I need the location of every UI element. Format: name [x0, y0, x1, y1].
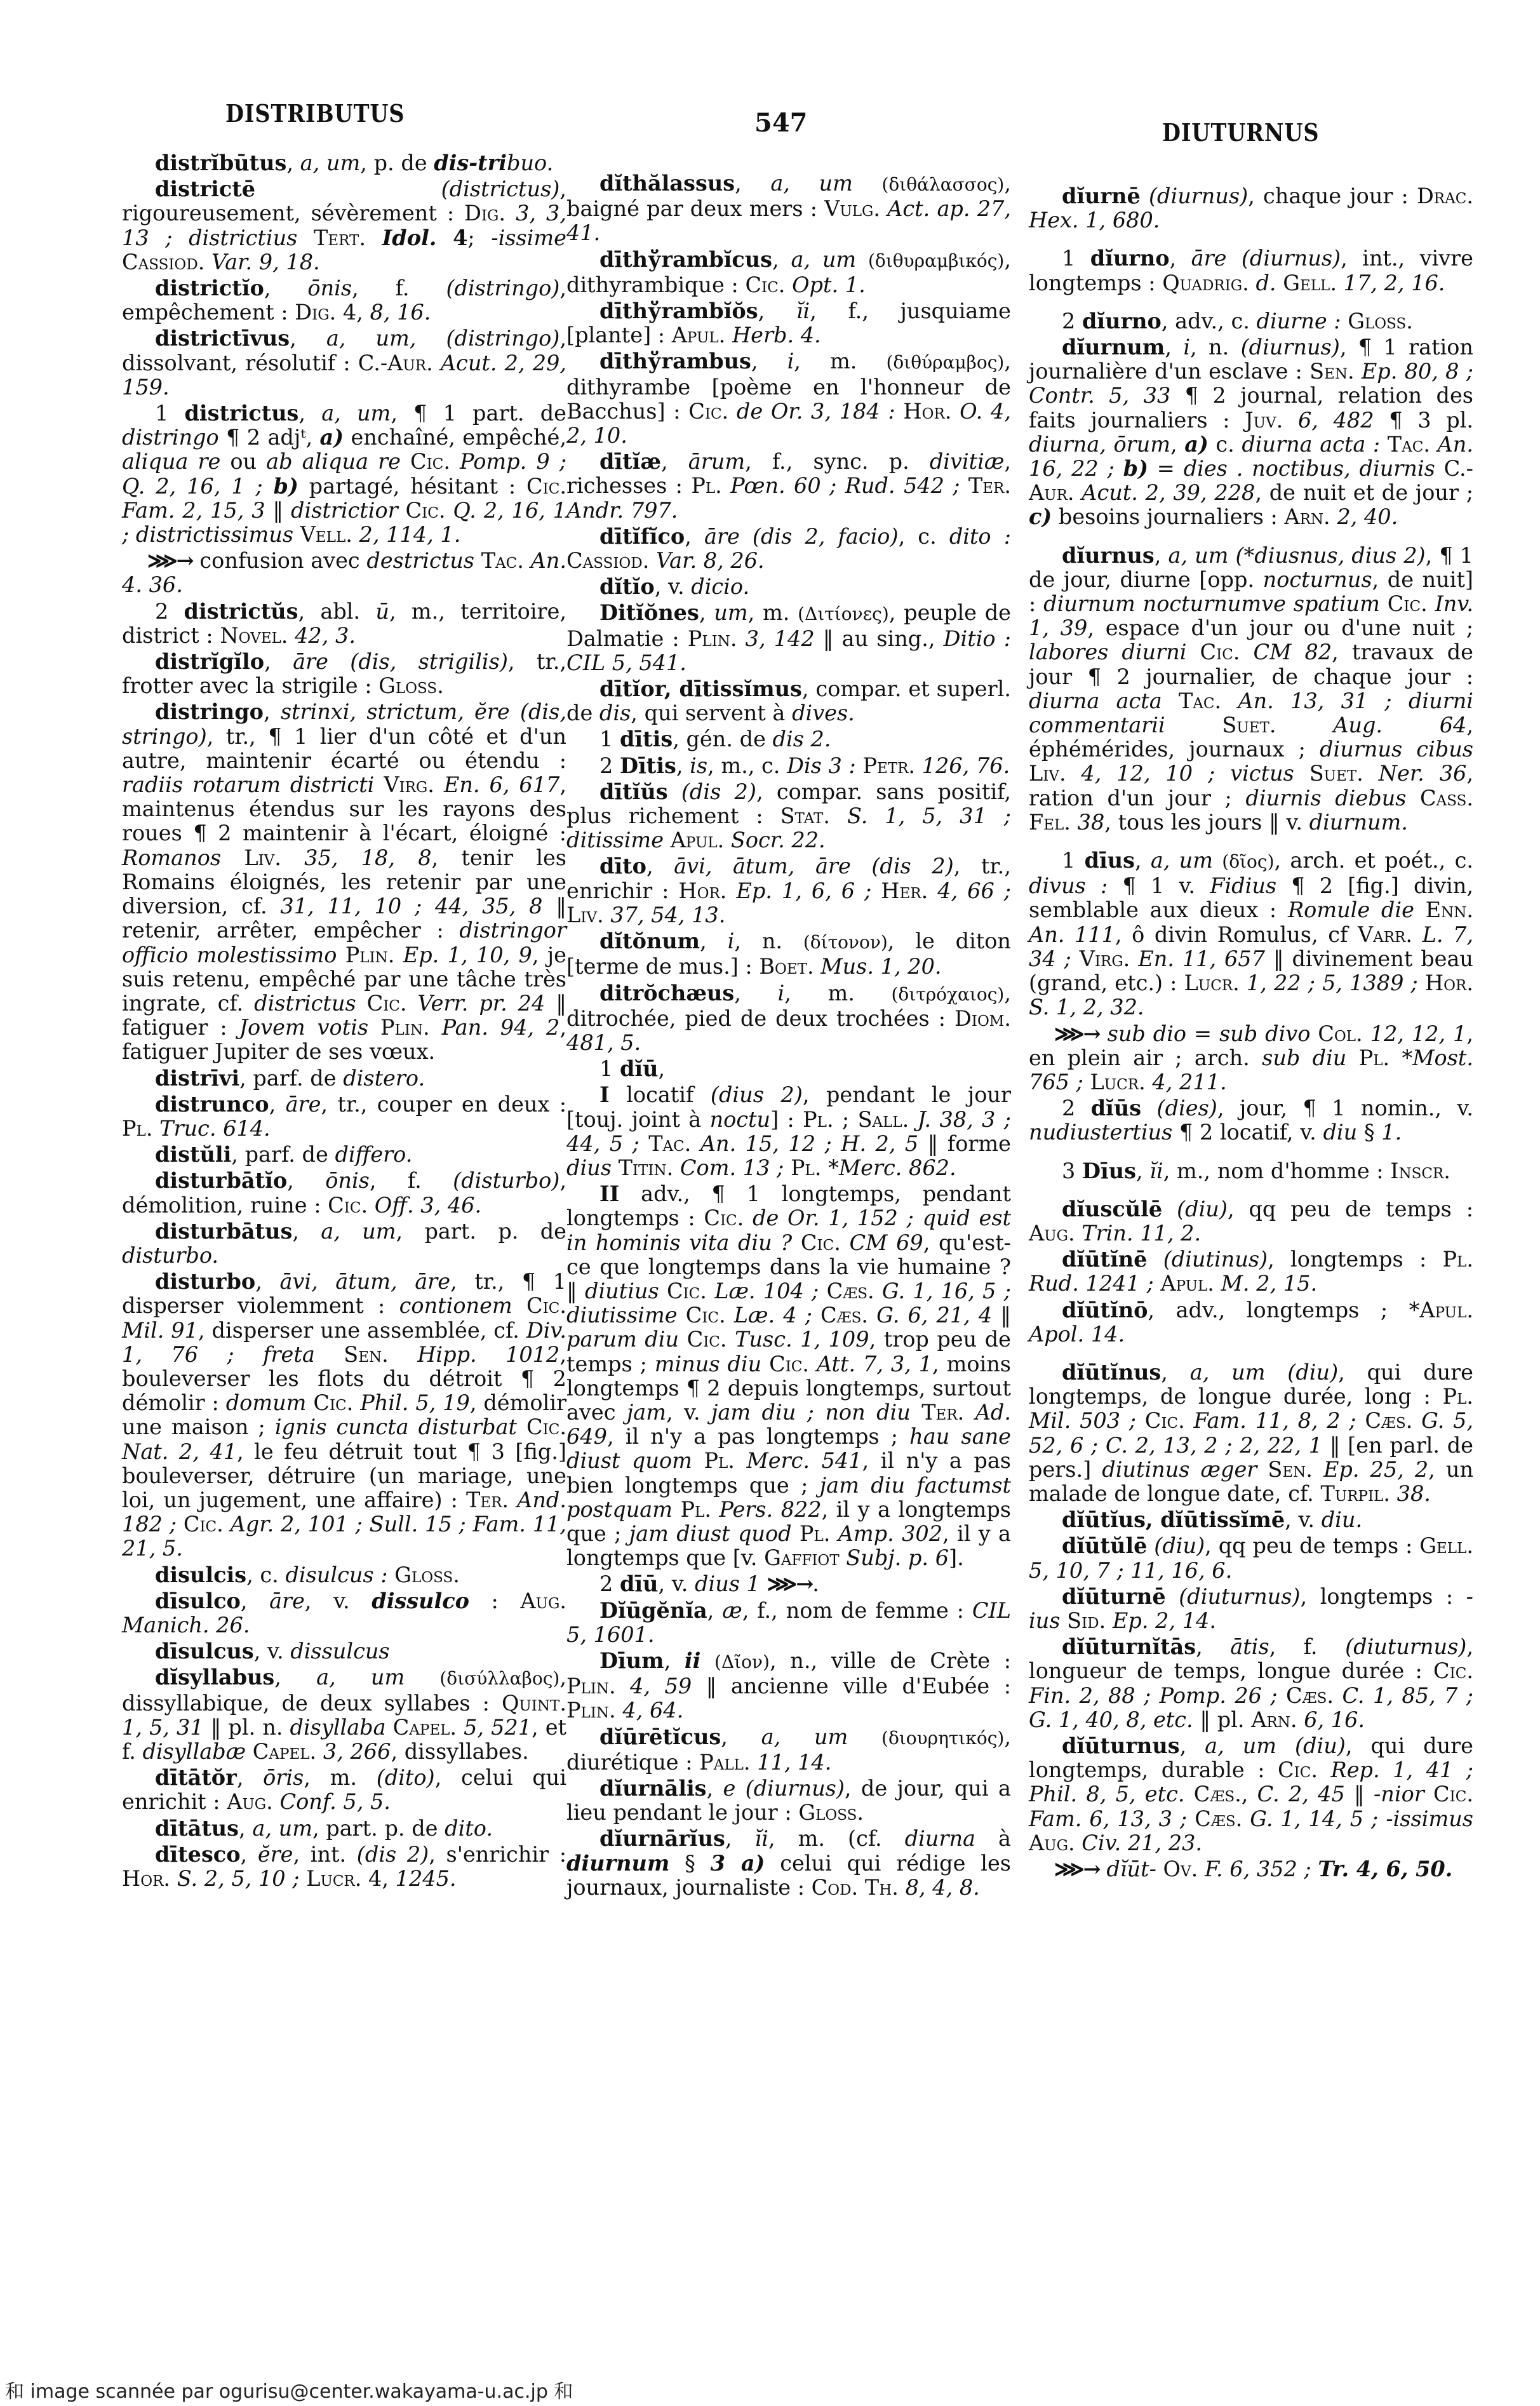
text: [1130, 946, 1138, 971]
headword: distringo: [155, 699, 264, 724]
text: [1257, 1457, 1268, 1482]
italic-text: 1, 22 ; 5, 1389 ;: [1247, 971, 1418, 995]
italic-text: dies . noctibus, diurnis: [1184, 456, 1435, 481]
text: [1066, 761, 1081, 786]
text: [792, 1230, 801, 1255]
greek-etymon: (Διτίονες): [798, 603, 889, 624]
text: [678, 1303, 686, 1327]
author-abbrev: Dig.: [464, 201, 506, 225]
headword: Dīus: [1082, 1159, 1136, 1183]
text: [430, 1015, 442, 1040]
text: [691, 1131, 700, 1156]
text: , s'enrichir :: [429, 1842, 566, 1867]
italic-text: um: [714, 600, 747, 625]
text: [353, 1390, 360, 1415]
italic-text: ārum: [688, 449, 745, 474]
text: ,: [772, 247, 791, 272]
italic-text: ōnis: [325, 1168, 370, 1193]
dictionary-entry: II adv., ¶ 1 longtemps, pendant longtemp…: [566, 1182, 1011, 1570]
italic-text: Apol. 14.: [1029, 1322, 1125, 1347]
text: [1075, 480, 1082, 505]
dictionary-entry: ⋙→ confusion avec destrictus Tac. An. 4.…: [122, 549, 566, 597]
dictionary-entry: dīthўrambĭcus, a, um (διθυραμβικός), dit…: [566, 248, 1011, 297]
italic-text: Rud. 1241 ;: [1029, 1271, 1154, 1296]
dictionary-entry: dītĭŭs (dis 2), compar. sans positif, pl…: [566, 780, 1011, 853]
headword: districtus: [184, 401, 298, 426]
text: ,: [287, 1168, 325, 1193]
text: [1278, 1683, 1286, 1708]
italic-text: (dito): [377, 1765, 435, 1790]
text: , dissyllabes.: [391, 1739, 528, 1764]
italic-text: 1.: [1381, 1120, 1402, 1145]
dictionary-entry: Ditĭŏnes, um, m. (Διτίονες), peuple de D…: [566, 601, 1011, 675]
text: [659, 1279, 667, 1303]
italic-text: (diuturnus): [1179, 1584, 1300, 1609]
text: [1276, 271, 1283, 295]
text: [1100, 1021, 1108, 1046]
author-abbrev: Cassiod.: [122, 250, 204, 274]
headword: dītātus: [155, 1816, 239, 1841]
text: , m. (cf.: [768, 1826, 905, 1851]
author-abbrev: Titin.: [619, 1155, 674, 1180]
text: , f.: [1269, 1634, 1345, 1659]
headword: dĭtŏnum: [599, 929, 700, 953]
author-abbrev: Plin.: [566, 1674, 616, 1698]
text: [616, 1674, 630, 1698]
text: [1356, 1408, 1365, 1433]
author-abbrev: Cic.: [184, 1512, 224, 1536]
text: [517, 1415, 526, 1439]
italic-text: 4, 59: [630, 1674, 692, 1698]
text: [1363, 1021, 1370, 1046]
italic-text: Ep. 2, 14.: [1113, 1608, 1216, 1633]
author-abbrev: Pl.: [122, 1116, 152, 1141]
text: [316, 1739, 323, 1764]
italic-text: dĭūt-: [1106, 1857, 1156, 1881]
headword: dĭūtĭus, dĭūtissĭmē: [1062, 1507, 1285, 1532]
dictionary-entry: 1 dĭū,: [566, 1057, 1011, 1081]
dictionary-entry: distrunco, āre, tr., couper en deux : Pl…: [122, 1092, 566, 1141]
headword: dĭūtĭnē: [1062, 1247, 1147, 1272]
text: , adv., c.: [1162, 309, 1257, 333]
dictionary-entry: dītĭæ, ārum, f., sync. p. divitiæ, riche…: [566, 450, 1011, 523]
text: [386, 1715, 393, 1740]
text: [1147, 1247, 1163, 1272]
italic-text: a, um: [791, 247, 856, 272]
author-abbrev: Cic.: [769, 1352, 809, 1376]
dictionary-entry: dĭurnārĭus, ĭi, m. (cf. diurna à diurnum…: [566, 1827, 1011, 1900]
italic-text: a, um: [770, 171, 853, 196]
page-header: DISTRIBUTUS 547 DIUTURNUS: [0, 94, 1540, 145]
text: ,: [292, 1219, 321, 1244]
text: [735, 1448, 747, 1473]
italic-text: diurne :: [1257, 309, 1341, 333]
italic-text: diu.: [1322, 1507, 1362, 1532]
italic-text: G. 6, 21, 4: [876, 1303, 992, 1327]
bold-italic-text: a): [1184, 432, 1209, 457]
text: 2: [1062, 309, 1082, 333]
italic-text: *Merc. 862.: [828, 1155, 956, 1180]
text: [724, 828, 731, 852]
text: , n.: [734, 929, 803, 953]
text: [389, 1342, 417, 1367]
author-abbrev: Capel.: [393, 1715, 457, 1740]
text: [352, 522, 359, 547]
text: ,: [274, 1665, 316, 1690]
dictionary-entry: dĭtĭo, v. dicio.: [566, 575, 1011, 599]
text: [673, 1155, 680, 1180]
italic-text: 3, 266: [323, 1739, 391, 1764]
italic-text: a, um: [761, 1724, 848, 1749]
dictionary-entry: 1 districtus, a, um, ¶ 1 part. de distri…: [122, 401, 566, 547]
text: [858, 1875, 865, 1900]
headword: dĭtĭo: [599, 574, 655, 599]
italic-text: (districtus): [441, 177, 560, 201]
dictionary-entry: dīsulcus, v. dissulcus: [122, 1639, 566, 1663]
text: [871, 878, 881, 903]
author-abbrev: Liv.: [244, 845, 281, 870]
author-abbrev: Hor.: [1425, 971, 1473, 995]
author-abbrev: Cic.: [686, 1303, 726, 1327]
text: [874, 1279, 882, 1303]
text: [722, 473, 730, 498]
italic-text: Pers. 822: [719, 1497, 821, 1522]
author-abbrev: Pl.: [681, 1497, 711, 1522]
italic-text: dis: [599, 701, 631, 725]
text: [474, 548, 481, 573]
text: , abl.: [298, 599, 376, 624]
dictionary-entry: dĭūrētĭcus, a, um (διουρητικός), diuréti…: [566, 1725, 1011, 1775]
italic-text: (diu): [1177, 1197, 1228, 1221]
italic-text: 11, 14.: [757, 1750, 831, 1775]
author-abbrev: Virg.: [1080, 946, 1130, 971]
text: , p. de: [360, 151, 434, 175]
italic-text: Fin. 2, 88 ; Pomp. 26 ;: [1029, 1683, 1278, 1708]
text: ¶ 2 adj: [219, 425, 301, 450]
headword: distrīvi: [155, 1066, 239, 1091]
text: ,: [676, 753, 690, 778]
text: [1276, 713, 1334, 737]
text: confusion avec: [193, 548, 367, 573]
italic-text: 6, 16.: [1304, 1707, 1365, 1732]
italic-text: 31, 11, 10 ; 44, 35, 8: [280, 894, 542, 918]
author-abbrev: Ter.: [921, 1400, 964, 1425]
text: ,: [658, 1056, 665, 1081]
text: [760, 1571, 767, 1596]
text: [1100, 1857, 1107, 1881]
italic-text: Jovem votis: [239, 1015, 369, 1040]
text: [960, 473, 968, 498]
text: , f.: [352, 276, 446, 300]
text: [951, 399, 960, 424]
italic-text: Truc. 614.: [159, 1116, 271, 1141]
author-abbrev: Apul.: [672, 323, 726, 347]
text: enchaîné, empêché,: [344, 425, 566, 450]
italic-text: Fam. 2, 15, 3: [122, 498, 265, 523]
text: , part. p. de: [396, 1219, 566, 1244]
text: [407, 991, 418, 1016]
italic-text: (diu): [1154, 1533, 1205, 1558]
italic-text: dicio.: [691, 574, 749, 599]
text: , adv., longtemps ; *: [1148, 1298, 1419, 1322]
text: [306, 1390, 313, 1415]
text: , m.: [794, 349, 886, 373]
text: ,: [237, 1765, 263, 1790]
italic-text: Nat. 2, 41: [122, 1439, 237, 1464]
author-abbrev: Cic.: [313, 1390, 353, 1415]
text: [524, 548, 531, 573]
italic-text: dissulcus: [290, 1639, 389, 1663]
italic-text: dives.: [792, 701, 855, 725]
text: , ô divin Romulus, cf: [1115, 922, 1358, 947]
author-abbrev: Cæs.: [1194, 1782, 1242, 1806]
italic-text: 1, 5, 31: [122, 1715, 204, 1740]
italic-text: nudiustertius: [1029, 1120, 1172, 1145]
italic-text: Ep. 1, 10, 9: [403, 943, 532, 967]
text: [356, 991, 367, 1016]
text: ,: [700, 929, 727, 953]
italic-text: Subj. p. 6: [846, 1545, 949, 1570]
headword: dīthўrambĭcus: [599, 247, 772, 272]
headword: dĭūtĭnus: [1062, 1360, 1161, 1385]
text: [288, 623, 295, 648]
italic-text: diurnis diebus: [1245, 786, 1406, 810]
author-abbrev: Ter.: [968, 473, 1011, 498]
text: [1198, 1857, 1205, 1881]
italic-text: Hex. 1, 680.: [1029, 208, 1160, 232]
text: [744, 1206, 753, 1230]
dictionary-entry: 1 dītis, gén. de dis 2.: [566, 727, 1011, 751]
headword: distrĭbūtus: [155, 151, 286, 175]
italic-text: Læ. 104 ;: [714, 1279, 819, 1303]
text: [673, 1497, 680, 1522]
italic-text: e (diurnus): [723, 1776, 845, 1801]
author-abbrev: Cic.: [526, 1415, 566, 1439]
author-abbrev: Quadrig.: [1162, 271, 1249, 295]
author-abbrev: Pl.: [1359, 1045, 1389, 1070]
headword: Dītis: [620, 753, 676, 778]
italic-text: dito.: [445, 1816, 493, 1841]
author-abbrev: Cass.: [1420, 786, 1473, 810]
text: ,: [725, 1826, 755, 1851]
text: [1337, 271, 1344, 295]
italic-text: Læ. 4 ;: [734, 1303, 812, 1327]
headword: dĭūs: [1091, 1096, 1141, 1120]
italic-text: ab aliqua re: [266, 449, 401, 474]
headword: distrĭgĭlo: [155, 649, 264, 674]
text: [1221, 689, 1238, 713]
author-abbrev: Arn.: [1251, 1707, 1297, 1732]
italic-text: Verr. pr. 24: [417, 991, 545, 1016]
text: ,: [1136, 1159, 1149, 1183]
greek-etymon: (διθυραμβικός): [868, 250, 1004, 271]
text: 1: [599, 1056, 620, 1081]
text: [848, 1724, 881, 1749]
headword: Ditĭŏnes: [599, 600, 699, 625]
italic-text: En. 6, 617: [444, 772, 559, 797]
scan-credit: 和 image scannée par ogurisu@center.wakay…: [5, 2376, 573, 2403]
text: 4,: [361, 1866, 395, 1891]
italic-text: Romule die: [1288, 897, 1414, 922]
right-guide-word: DIUTURNUS: [1162, 118, 1319, 147]
text: , longtemps :: [1301, 1584, 1466, 1609]
dictionary-entry: distrĭbūtus, a, um, p. de dis-tribuo.: [122, 151, 566, 175]
italic-text: (diurnus): [1149, 184, 1248, 208]
greek-etymon: (δισύλλαβος): [439, 1668, 559, 1689]
author-abbrev: Cic.: [667, 1279, 707, 1303]
text: [446, 498, 453, 523]
text: ,: [1170, 246, 1191, 271]
text: [1213, 848, 1222, 873]
dictionary-entry: disturbo, āvi, ātum, āre, tr., ¶ 1 dispe…: [122, 1270, 566, 1561]
dictionary-entry: Dīum, ii (Δῖον), n., ville de Crète : Pl…: [566, 1649, 1011, 1723]
author-abbrev: Sen.: [1309, 359, 1355, 384]
text: c.: [1209, 432, 1242, 457]
text: ‖ pl.: [1193, 1707, 1252, 1732]
author-abbrev: Vell.: [300, 522, 352, 547]
greek-etymon: (διτρόχαιος): [891, 984, 1004, 1005]
author-abbrev: Gaffiot: [764, 1545, 840, 1570]
dictionary-entry: dĭūtĭus, dĭūtissĭmē, v. diu.: [1029, 1508, 1473, 1532]
text: besoins journaliers :: [1052, 504, 1284, 529]
italic-text: diurna: [905, 1826, 975, 1851]
text: [692, 1448, 704, 1473]
headword: Dĭūgĕnĭa: [599, 1598, 707, 1623]
text: ,: [1180, 1733, 1205, 1758]
dictionary-entry: distringo, strinxi, strictum, ĕre (dis, …: [122, 700, 566, 1064]
author-abbrev: Cic.: [687, 1327, 727, 1352]
italic-text: a, um, (distringo): [326, 326, 560, 351]
italic-text: 4, 64.: [622, 1698, 683, 1723]
headword: dĭurnus: [1062, 543, 1155, 568]
text: [821, 1155, 828, 1180]
headword: ditrŏchæus: [599, 981, 734, 1005]
bold-italic-text: tri: [478, 151, 507, 175]
text: ,: [1155, 543, 1168, 568]
text: [509, 1488, 517, 1512]
dictionary-entry: dĭūtĭnus, a, um (diu), qui dure longtemp…: [1029, 1361, 1473, 1506]
dictionary-entry: dīthўrambus, i, m. (διθύραμβος), dithyra…: [566, 349, 1011, 448]
text: , gén. de: [673, 727, 772, 751]
headword: dĭsyllabus: [155, 1665, 274, 1690]
author-abbrev: Tac.: [1179, 689, 1221, 713]
italic-text: diutius: [585, 1279, 659, 1303]
italic-text: districtus: [254, 991, 356, 1016]
text: [737, 626, 746, 651]
author-abbrev: Gloss.: [1348, 309, 1413, 333]
text: [853, 171, 882, 196]
text: ,: [264, 276, 308, 300]
italic-text: āre: [269, 1589, 305, 1613]
text: [1240, 971, 1247, 995]
italic-text: noctu: [710, 1107, 771, 1132]
italic-text: jam diust quod: [629, 1521, 792, 1546]
text: [711, 1497, 719, 1522]
text: [809, 1352, 817, 1376]
text: [450, 449, 460, 474]
italic-text: Off. 3, 46.: [375, 1193, 481, 1218]
text: [1141, 184, 1149, 208]
author-abbrev: Apul.: [1160, 1271, 1214, 1296]
italic-text: a, um: [252, 1816, 312, 1841]
headword: dĭūturnĭtās: [1062, 1634, 1196, 1659]
italic-text: āre (diurnus): [1191, 246, 1341, 271]
text: [177, 1512, 184, 1536]
italic-text: (diurnus): [1241, 335, 1340, 360]
italic-text: CM 69: [850, 1230, 923, 1255]
text: ] :: [770, 1107, 803, 1132]
text: [221, 845, 244, 870]
author-abbrev: Liv.: [1029, 761, 1066, 786]
italic-text: Herb. 4.: [732, 323, 821, 347]
text: , v.: [254, 1639, 291, 1663]
text: [1310, 1021, 1318, 1046]
text: , m.: [748, 600, 798, 625]
bold-italic-text: c): [1029, 504, 1052, 529]
italic-text: districtior: [291, 498, 398, 523]
text: [895, 399, 904, 424]
text: , v.: [1285, 1507, 1322, 1532]
author-abbrev: Dig.: [295, 300, 336, 325]
author-abbrev: Col.: [1318, 1021, 1362, 1046]
author-abbrev: Cic.: [1388, 591, 1428, 616]
italic-text: An. 111: [1029, 922, 1115, 947]
headword: dĭū: [620, 1056, 659, 1081]
italic-text: disyllabæ: [143, 1739, 246, 1764]
greek-etymon: (διθάλασσος): [881, 174, 1004, 195]
author-abbrev: Plin.: [688, 626, 737, 651]
text: , int.: [293, 1842, 357, 1867]
italic-text: Romanos: [122, 845, 221, 870]
italic-text: Merc. 541: [746, 1448, 862, 1473]
italic-text: 38.: [1397, 1481, 1431, 1506]
text: [679, 1327, 687, 1352]
italic-text: diurnum.: [1309, 810, 1408, 835]
text: ,: [1196, 1634, 1230, 1659]
italic-text: G. 1, 14, 5 ; -issimus: [1250, 1806, 1473, 1831]
italic-text: An. 15, 12 ; H. 2, 5: [700, 1131, 918, 1156]
italic-text: (dies): [1157, 1096, 1217, 1120]
text: [1060, 1608, 1067, 1633]
text: [1083, 1070, 1090, 1094]
author-abbrev: Cic.: [1433, 1782, 1473, 1806]
italic-text: sub diu: [1262, 1045, 1346, 1070]
author-abbrev: Hor.: [678, 878, 726, 903]
text: [273, 1789, 280, 1814]
text: [337, 943, 345, 967]
text: [1430, 432, 1438, 457]
text: ,: [707, 1776, 723, 1801]
dictionary-entry: 3 Dīus, ĭi, m., nom d'homme : Inscr.: [1029, 1159, 1473, 1183]
author-abbrev: Tac.: [481, 548, 524, 573]
text: [1214, 1271, 1221, 1296]
dictionary-entry: Dĭūgĕnĭa, æ, f., nom de femme : CIL 5, 1…: [566, 1599, 1011, 1647]
headword: dīthўrambus: [599, 349, 751, 373]
bold-italic-text: dis-: [434, 151, 478, 175]
text: ,: [269, 1092, 286, 1117]
italic-text: 4, 66 ;: [937, 878, 1011, 903]
text: , m., nom d'homme :: [1163, 1159, 1391, 1183]
text: [315, 1342, 344, 1367]
text: [1318, 1757, 1331, 1782]
italic-text: (disturbo): [453, 1168, 559, 1193]
author-abbrev: Varr.: [1358, 922, 1412, 947]
text: [300, 1866, 307, 1891]
text: =: [1148, 456, 1184, 481]
dictionary-entry: 1 dĭurno, āre (diurnus), int., vivre lon…: [1029, 246, 1473, 295]
headword: dĭūrētĭcus: [599, 1724, 721, 1749]
text: [841, 1230, 850, 1255]
